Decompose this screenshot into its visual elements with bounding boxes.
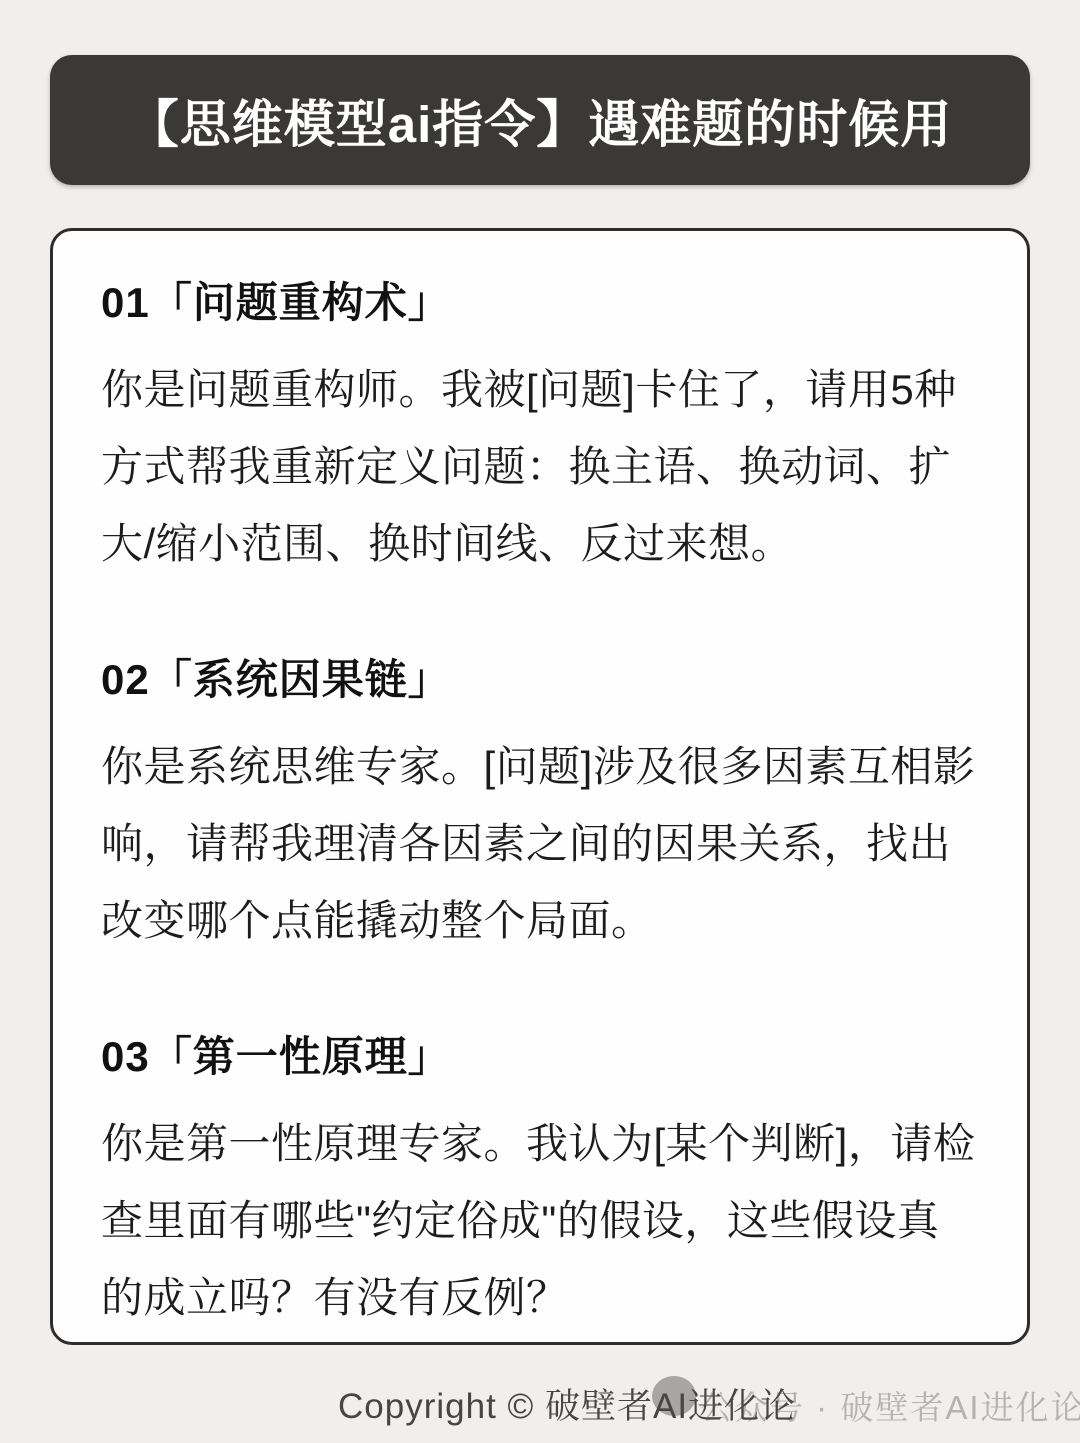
footer: 公众号 · 破壁者AI进化论 Copyright © 破壁者AI进化论 [0,1363,1080,1443]
section-problem-reframing: 01「问题重构术」 你是问题重构师。我被[问题]卡住了，请用5种方式帮我重新定义… [101,275,981,582]
section-body-02: 你是系统思维专家。[问题]涉及很多因素互相影响，请帮我理清各因素之间的因果关系，… [101,728,981,959]
copyright-text: Copyright © 破壁者AI进化论 [338,1379,796,1429]
section-system-causal-chain: 02「系统因果链」 你是系统思维专家。[问题]涉及很多因素互相影响，请帮我理清各… [101,652,981,959]
section-first-principles: 03「第一性原理」 你是第一性原理专家。我认为[某个判断]，请检查里面有哪些"约… [101,1029,981,1336]
page-title: 【思维模型ai指令】遇难题的时候用 [128,83,953,157]
section-title-02: 02「系统因果链」 [101,652,981,708]
header-banner: 【思维模型ai指令】遇难题的时候用 [50,55,1030,185]
section-body-01: 你是问题重构师。我被[问题]卡住了，请用5种方式帮我重新定义问题：换主语、换动词… [101,351,981,582]
content-card: 01「问题重构术」 你是问题重构师。我被[问题]卡住了，请用5种方式帮我重新定义… [50,228,1030,1345]
section-title-03: 03「第一性原理」 [101,1029,981,1085]
section-body-03: 你是第一性原理专家。我认为[某个判断]，请检查里面有哪些"约定俗成"的假设，这些… [101,1105,981,1336]
section-title-01: 01「问题重构术」 [101,275,981,331]
